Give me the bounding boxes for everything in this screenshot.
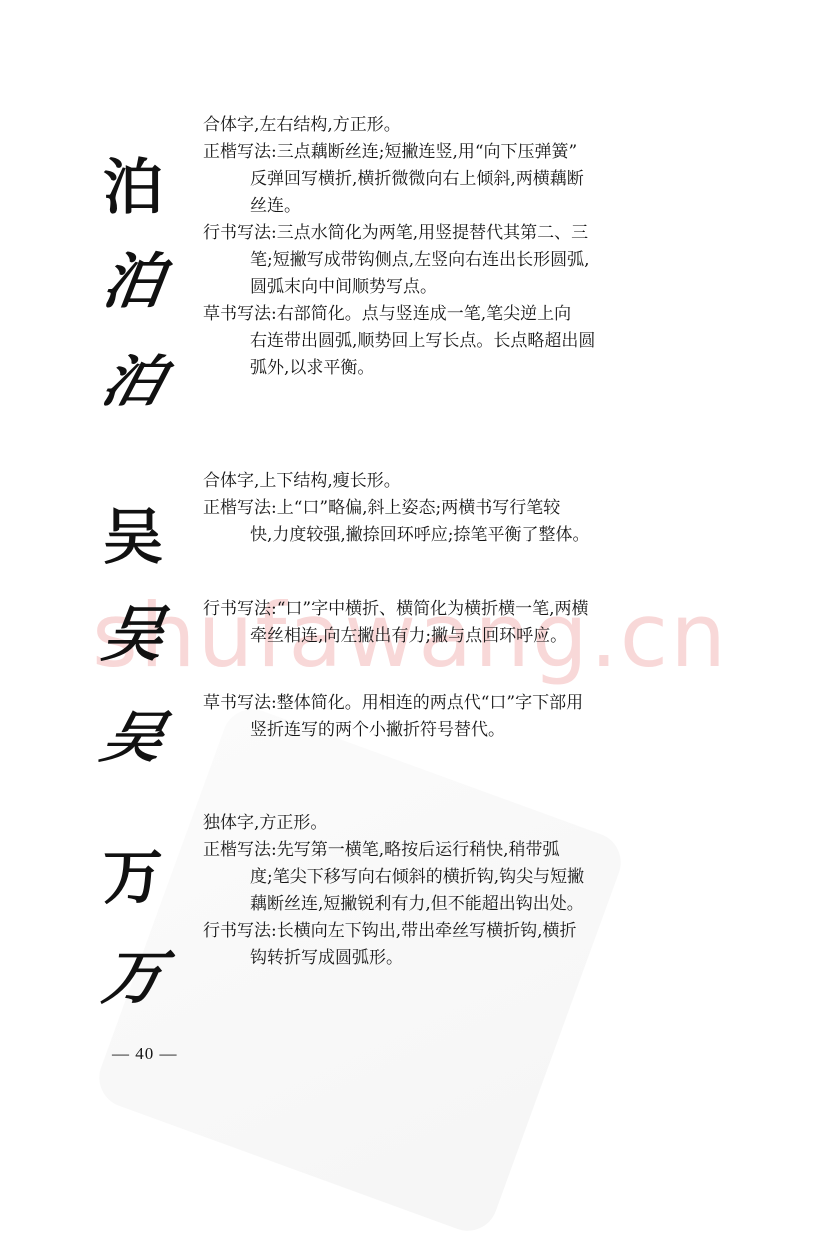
calligraphy-xingshu-wan: 万 (94, 948, 172, 1008)
xingshu-method: 行书写法:“口”字中横折、横简化为横折横一笔,两横 (203, 596, 703, 623)
kaishu-method: 正楷写法:先写第一横笔,略按后运行稍快,稍带弧 (203, 837, 703, 864)
calligraphy-kaishu-wu: 吴 (98, 508, 168, 568)
entry-wu-description: 合体字,上下结构,瘦长形。 正楷写法:上“口”略偏,斜上姿态;两横书写行笔较 快… (203, 468, 703, 549)
calligraphy-xingshu-bo: 泊 (94, 252, 172, 312)
kaishu-method-cont: 反弹回写横折,横折微微向右上倾斜,两横藕断 (203, 166, 703, 193)
xingshu-method: 行书写法:三点水简化为两笔,用竖提替代其第二、三 (203, 220, 703, 247)
calligraphy-xingshu-wu: 吴 (94, 605, 172, 665)
calligraphy-caoshu-wu: 吴 (91, 710, 175, 765)
xingshu-method-cont: 钩转折写成圆弧形。 (203, 945, 703, 972)
entry-wu-caoshu: 草书写法:整体简化。用相连的两点代“口”字下部用 竖折连写的两个小撇折符号替代。 (203, 690, 703, 744)
kaishu-method-cont: 丝连。 (203, 193, 703, 220)
caoshu-method-cont: 竖折连写的两个小撇折符号替代。 (203, 717, 703, 744)
entry-wu-xingshu: 行书写法:“口”字中横折、横简化为横折横一笔,两横 牵丝相连,向左撇出有力;撇与… (203, 596, 703, 650)
xingshu-method: 行书写法:长横向左下钩出,带出牵丝写横折钩,横折 (203, 918, 703, 945)
kaishu-method-cont: 藕断丝连,短撇锐利有力,但不能超出钩出处。 (203, 891, 703, 918)
entry-bo-description: 合体字,左右结构,方正形。 正楷写法:三点藕断丝连;短撇连竖,用“向下压弹簧” … (203, 112, 703, 382)
caoshu-method: 草书写法:整体简化。用相连的两点代“口”字下部用 (203, 690, 703, 717)
xingshu-method-cont: 笔;短撇写成带钩侧点,左竖向右连出长形圆弧, (203, 247, 703, 274)
calligraphy-kaishu-bo: 泊 (98, 158, 168, 218)
calligraphy-kaishu-wan: 万 (98, 848, 168, 908)
caoshu-method: 草书写法:右部简化。点与竖连成一笔,笔尖逆上向 (203, 301, 703, 328)
structure-note: 独体字,方正形。 (203, 810, 703, 837)
kaishu-method: 正楷写法:三点藕断丝连;短撇连竖,用“向下压弹簧” (203, 139, 703, 166)
xingshu-method-cont: 牵丝相连,向左撇出有力;撇与点回环呼应。 (203, 623, 703, 650)
calligraphy-caoshu-bo: 泊 (91, 354, 175, 409)
caoshu-method-cont: 弧外,以求平衡。 (203, 355, 703, 382)
structure-note: 合体字,左右结构,方正形。 (203, 112, 703, 139)
xingshu-method-cont: 圆弧末向中间顺势写点。 (203, 274, 703, 301)
kaishu-method-cont: 度;笔尖下移写向右倾斜的横折钩,钩尖与短撇 (203, 864, 703, 891)
structure-note: 合体字,上下结构,瘦长形。 (203, 468, 703, 495)
caoshu-method-cont: 右连带出圆弧,顺势回上写长点。长点略超出圆 (203, 328, 703, 355)
entry-wan-description: 独体字,方正形。 正楷写法:先写第一横笔,略按后运行稍快,稍带弧 度;笔尖下移写… (203, 810, 703, 972)
page-number: — 40 — (112, 1044, 178, 1064)
kaishu-method: 正楷写法:上“口”略偏,斜上姿态;两横书写行笔较 (203, 495, 703, 522)
kaishu-method-cont: 快,力度较强,撇捺回环呼应;捺笔平衡了整体。 (203, 522, 703, 549)
